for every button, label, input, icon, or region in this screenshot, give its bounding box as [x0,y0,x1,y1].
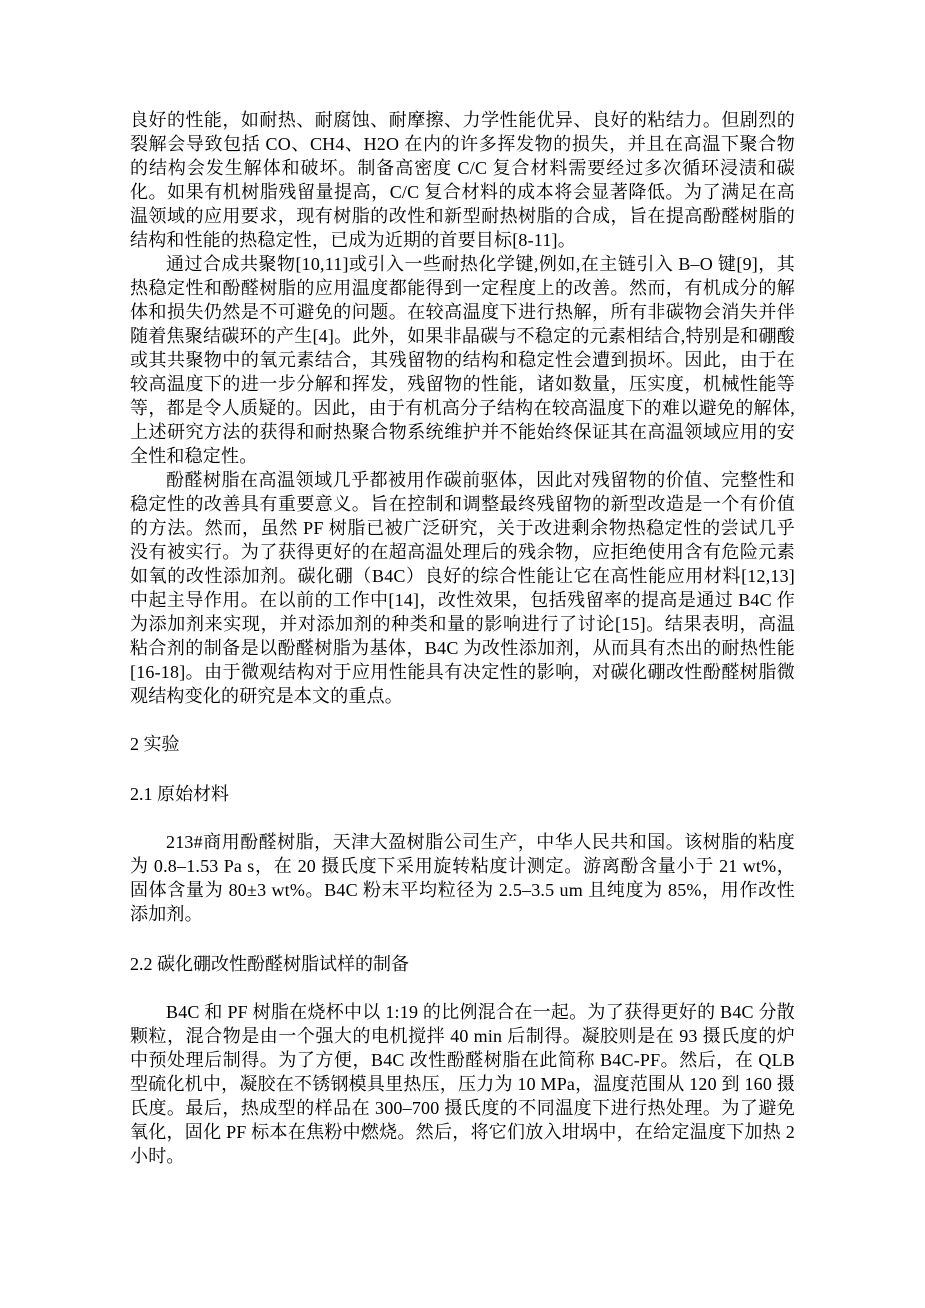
paragraph-raw-materials: 213#商用酚醛树脂，天津大盈树脂公司生产，中华人民共和国。该树脂的粘度为 0.… [130,830,795,926]
section-heading-experiment: 2 实验 [130,732,795,756]
paragraph-phenolic-precursor: 酚醛树脂在高温领域几乎都被用作碳前驱体，因此对残留物的价值、完整性和稳定性的改善… [130,468,795,708]
document-page: 良好的性能，如耐热、耐腐蚀、耐摩擦、力学性能优异、良好的粘结力。但剧烈的裂解会导… [0,0,925,1308]
subsection-heading-raw-materials: 2.1 原始材料 [130,782,795,806]
paragraph-copolymer-synthesis: 通过合成共聚物[10,11]或引入一些耐热化学键,例如,在主链引入 B–O 键[… [130,252,795,468]
paragraph-intro-continued: 良好的性能，如耐热、耐腐蚀、耐摩擦、力学性能优异、良好的粘结力。但剧烈的裂解会导… [130,108,795,252]
paragraph-sample-preparation: B4C 和 PF 树脂在烧杯中以 1:19 的比例混合在一起。为了获得更好的 B… [130,1000,795,1168]
subsection-heading-sample-preparation: 2.2 碳化硼改性酚醛树脂试样的制备 [130,952,795,976]
